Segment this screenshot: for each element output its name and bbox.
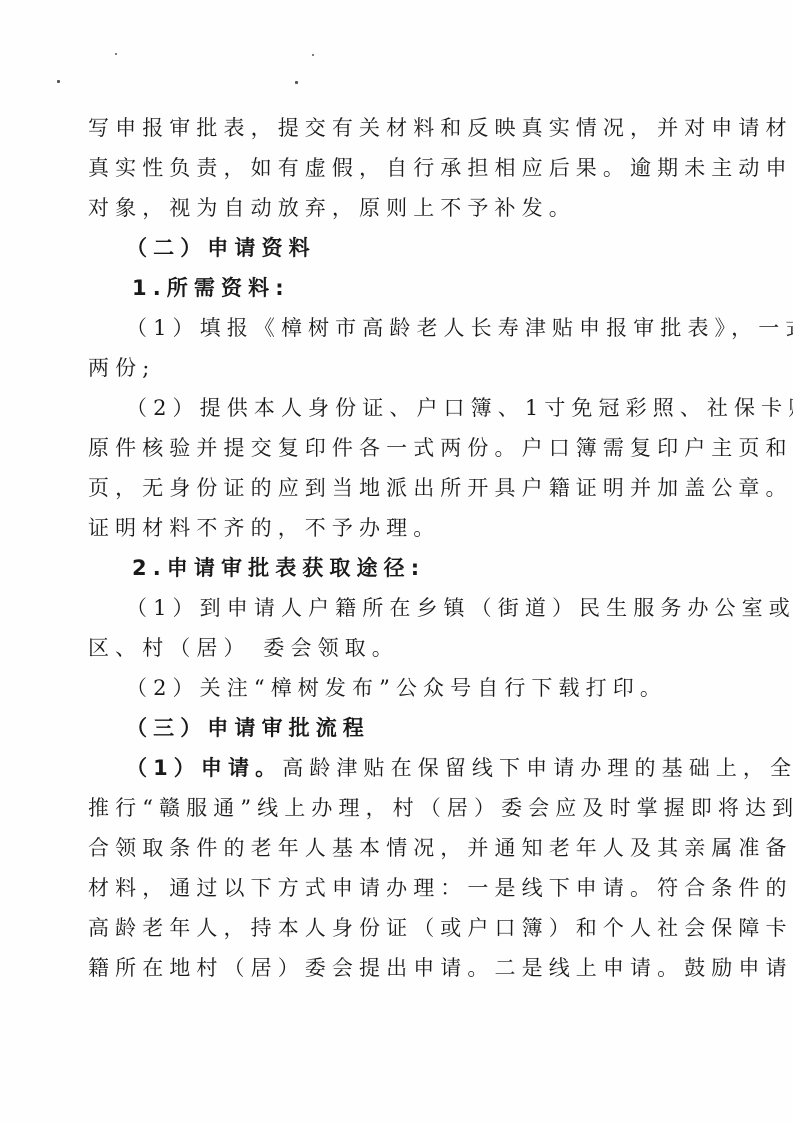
subheading-required-materials: 1.所需资料: (88, 268, 704, 308)
paragraph-line: 材料，通过以下方式申请办理：一是线下申请。符合条件的户籍 (88, 868, 704, 908)
scan-speck (57, 80, 60, 83)
paragraph-line: 高龄老年人，持本人身份证（或户口簿）和个人社会保障卡到户 (88, 908, 704, 948)
paragraph-line: 原件核验并提交复印件各一式两份。户口簿需复印户主页和本人 (88, 428, 704, 468)
document-page: 写申报审批表，提交有关材料和反映真实情况，并对申请材料的 真实性负责，如有虚假，… (0, 0, 793, 1122)
document-body: 写申报审批表，提交有关材料和反映真实情况，并对申请材料的 真实性负责，如有虚假，… (88, 108, 704, 988)
paragraph-line: 写申报审批表，提交有关材料和反映真实情况，并对申请材料的 (88, 108, 704, 148)
paragraph-line: 籍所在地村（居）委会提出申请。二是线上申请。鼓励申请人或 (88, 948, 704, 988)
section-heading-materials: （二）申请资料 (88, 228, 704, 268)
paragraph-line: 合领取条件的老年人基本情况，并通知老年人及其亲属准备申请 (88, 828, 704, 868)
paragraph-line: 两份; (88, 348, 704, 388)
scan-speck (312, 54, 314, 56)
paragraph-line: 推行“赣服通”线上办理，村（居）委会应及时掌握即将达到符 (88, 788, 704, 828)
scan-speck (295, 81, 298, 84)
paragraph-line: 证明材料不齐的，不予办理。 (88, 508, 704, 548)
paragraph-line: （1）申请。高龄津贴在保留线下申请办理的基础上，全面 (88, 748, 704, 788)
paragraph-line: （2）关注“樟树发布”公众号自行下载打印。 (88, 668, 704, 708)
paragraph-line: （1）到申请人户籍所在乡镇（街道）民生服务办公室或社 (88, 588, 704, 628)
paragraph-line: （1）填报《樟树市高龄老人长寿津贴申报审批表》，一式 (88, 308, 704, 348)
subheading-form-access: 2.申请审批表获取途径: (88, 548, 704, 588)
paragraph-line: 页，无身份证的应到当地派出所开具户籍证明并加盖公章。身份 (88, 468, 704, 508)
apply-step-text: 高龄津贴在保留线下申请办理的基础上，全面 (282, 756, 793, 780)
scan-speck (115, 53, 117, 55)
paragraph-line: 区、村（居） 委会领取。 (88, 628, 704, 668)
paragraph-line: 真实性负责，如有虚假，自行承担相应后果。逾期未主动申报的 (88, 148, 704, 188)
paragraph-line: （2）提供本人身份证、户口簿、1寸免冠彩照、社保卡账号 (88, 388, 704, 428)
apply-step-label: （1）申请。 (126, 756, 282, 780)
paragraph-line: 对象，视为自动放弃，原则上不予补发。 (88, 188, 704, 228)
section-heading-process: （三）申请审批流程 (88, 708, 704, 748)
